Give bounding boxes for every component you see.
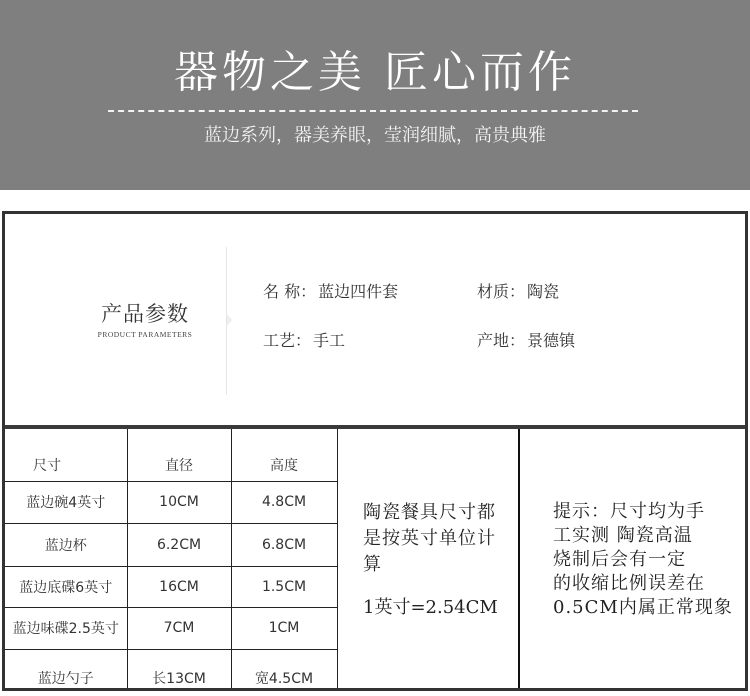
table-row: 蓝边杯 6.2CM 6.8CM — [5, 523, 337, 566]
cell-diameter: 10CM — [127, 481, 231, 523]
size-table: 尺寸 直径 高度 蓝边碗4英寸 10CM 4.8CM 蓝边杯 6.2CM 6.8… — [5, 429, 338, 688]
cell-diameter: 16CM — [127, 566, 231, 607]
param-value: 陶瓷 — [527, 282, 559, 301]
tip-note-text: 提示：尺寸均为手 工实测 陶瓷高温 烧制后会有一定 的收缩比例误差在 0.5CM… — [553, 500, 733, 620]
table-row: 蓝边碗4英寸 10CM 4.8CM — [5, 481, 337, 523]
param-name: 名 称：蓝边四件套 — [263, 281, 398, 303]
table-row: 蓝边勺子 长13CM 宽4.5CM — [5, 649, 337, 688]
cell-height: 4.8CM — [231, 481, 337, 523]
table-row: 蓝边味碟2.5英寸 7CM 1CM — [5, 607, 337, 649]
params-section: 产品参数 PRODUCT PARAMETERS 名 称：蓝边四件套 材质：陶瓷 … — [5, 214, 745, 428]
cell-height: 1.5CM — [231, 566, 337, 607]
header-height: 高度 — [231, 429, 337, 481]
cell-height: 1CM — [231, 607, 337, 649]
param-value: 手工 — [313, 331, 345, 350]
product-parameters-panel: 产品参数 PRODUCT PARAMETERS 名 称：蓝边四件套 材质：陶瓷 … — [2, 211, 748, 691]
unit-note: 陶瓷餐具尺寸都是按英寸单位计算 1英寸=2.54CM — [340, 429, 520, 688]
dashed-divider — [108, 110, 638, 112]
tip-line: 的收缩比例误差在 — [553, 572, 733, 596]
params-heading: 产品参数 PRODUCT PARAMETERS — [65, 300, 225, 339]
cell-diameter: 长13CM — [127, 649, 231, 688]
cell-item: 蓝边味碟2.5英寸 — [5, 607, 127, 649]
header-diameter: 直径 — [127, 429, 231, 481]
banner-subtitle: 蓝边系列，器美养眼，莹润细腻，高贵典雅 — [0, 123, 750, 149]
param-value: 景德镇 — [527, 331, 575, 350]
tip-line: 提示：尺寸均为手 — [553, 500, 733, 524]
cell-item: 蓝边底碟6英寸 — [5, 566, 127, 607]
header-size: 尺寸 — [5, 429, 127, 481]
param-label: 工艺： — [263, 331, 311, 350]
tip-line: 烧制后会有一定 — [553, 548, 733, 572]
param-label: 名 称： — [263, 282, 316, 301]
cell-item: 蓝边碗4英寸 — [5, 481, 127, 523]
params-heading-en: PRODUCT PARAMETERS — [65, 330, 225, 339]
cell-height: 宽4.5CM — [231, 649, 337, 688]
cell-item: 蓝边勺子 — [5, 649, 127, 688]
hero-banner: 器物之美 匠心而作 蓝边系列，器美养眼，莹润细腻，高贵典雅 — [0, 0, 750, 190]
param-material: 材质：陶瓷 — [477, 281, 559, 303]
cell-height: 6.8CM — [231, 523, 337, 566]
tip-line: 工实测 陶瓷高温 — [553, 524, 733, 548]
banner-title: 器物之美 匠心而作 — [0, 46, 750, 100]
param-label: 材质： — [477, 282, 525, 301]
table-header-row: 尺寸 直径 高度 — [5, 429, 337, 481]
param-value: 蓝边四件套 — [318, 282, 398, 301]
param-craft: 工艺：手工 — [263, 330, 345, 352]
cell-diameter: 7CM — [127, 607, 231, 649]
param-label: 产地： — [477, 331, 525, 350]
unit-note-text: 陶瓷餐具尺寸都是按英寸单位计算 — [363, 500, 503, 578]
param-origin: 产地：景德镇 — [477, 330, 575, 352]
arrow-right-icon — [227, 314, 232, 326]
table-row: 蓝边底碟6英寸 16CM 1.5CM — [5, 566, 337, 607]
tip-note: 提示：尺寸均为手 工实测 陶瓷高温 烧制后会有一定 的收缩比例误差在 0.5CM… — [520, 429, 745, 688]
cell-diameter: 6.2CM — [127, 523, 231, 566]
cell-item: 蓝边杯 — [5, 523, 127, 566]
tip-line: 0.5CM内属正常现象 — [553, 596, 733, 620]
unit-conversion: 1英寸=2.54CM — [363, 595, 498, 621]
params-heading-cn: 产品参数 — [65, 300, 225, 328]
